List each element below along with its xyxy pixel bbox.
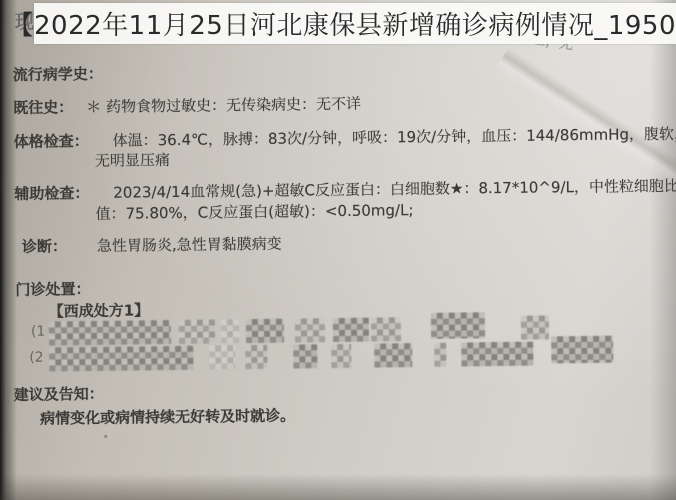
prescription-header: 【西成处方1】: [49, 299, 150, 321]
prescription-header-text: 【西成处方1】: [49, 301, 150, 320]
section-past-history: 既往史：＊ 药物食物过敏史：无传染病史：无不详: [13, 93, 361, 118]
section-label: 门诊处置：: [15, 280, 90, 299]
section-label: 体格检查：: [14, 132, 89, 151]
advice-text-value: 病情变化或病情持续无好转及时就诊。: [40, 407, 295, 428]
redacted-line-prefix: (2: [29, 350, 44, 366]
redaction-mosaic: [245, 345, 267, 369]
section-label: 建议及告知：: [14, 385, 104, 404]
section-epidemiological-history: 流行病学史：: [13, 63, 103, 85]
redaction-mosaic: [431, 312, 485, 339]
redaction-mosaic: [179, 320, 215, 344]
paper-speck: [104, 435, 107, 438]
section-value: 2023/4/14血常规(急)+超敏C反应蛋白：白细胞数★：8.17*10^9/…: [113, 177, 676, 202]
section-diagnosis: 诊断：急性胃肠炎,急性胃黏膜病变: [22, 233, 282, 257]
redaction-mosaic: [295, 318, 325, 342]
redaction-mosaic: [374, 343, 412, 367]
section-value: 值：75.80%，C反应蛋白(超敏)：<0.50mg/L;: [95, 201, 413, 223]
document-content: 流行病学史： 既往史：＊ 药物食物过敏史：无传染病史：无不详 体格检查：体温：3…: [0, 0, 676, 500]
section-label: 既往史：: [13, 98, 73, 117]
section-value: 体温：36.4℃，脉搏：83次/分钟，呼吸：19次/分钟，血压：144/86mm…: [113, 125, 676, 150]
section-auxiliary-exam-line2: 值：75.80%，C反应蛋白(超敏)：<0.50mg/L;: [95, 199, 413, 224]
section-label: 流行病学史：: [13, 65, 103, 84]
section-advice: 建议及告知：: [14, 383, 104, 405]
redaction-mosaic: [461, 342, 533, 367]
medical-record-photo: 现 热等 无明显呕吐，无 【2022年11月25日河北康保县新增确诊病例情况_1…: [0, 0, 676, 500]
redaction-mosaic: [333, 318, 369, 342]
redaction-mosaic: [521, 315, 549, 339]
redaction-mosaic: [551, 336, 613, 364]
advice-text: 病情变化或病情持续无好转及时就诊。: [40, 405, 295, 429]
redaction-mosaic: [209, 345, 235, 369]
section-label: 辅助检查：: [14, 184, 89, 203]
redacted-prescription-line-2: (2: [29, 340, 629, 371]
redacted-line-prefix: (1: [31, 324, 46, 340]
redaction-mosaic: [246, 319, 284, 343]
section-outpatient-disposal: 门诊处置：: [15, 278, 90, 300]
redaction-mosaic: [49, 346, 193, 372]
redaction-mosaic: [293, 344, 317, 368]
section-physical-exam-line2: 无明显压痛: [95, 149, 170, 171]
section-label: 诊断：: [22, 237, 67, 256]
redaction-mosaic: [49, 320, 171, 345]
redaction-mosaic: [331, 344, 351, 368]
redaction-mosaic: [371, 317, 401, 341]
section-value: 无明显压痛: [95, 151, 170, 170]
section-value: ＊ 药物食物过敏史：无传染病史：无不详: [86, 95, 361, 116]
redaction-mosaic: [221, 319, 239, 343]
redaction-mosaic: [434, 343, 446, 367]
photo-bottom-shadow: [0, 474, 676, 500]
section-value: 急性胃肠炎,急性胃黏膜病变: [97, 235, 282, 255]
section-physical-exam: 体格检查：体温：36.4℃，脉搏：83次/分钟，呼吸：19次/分钟，血压：144…: [14, 123, 676, 152]
